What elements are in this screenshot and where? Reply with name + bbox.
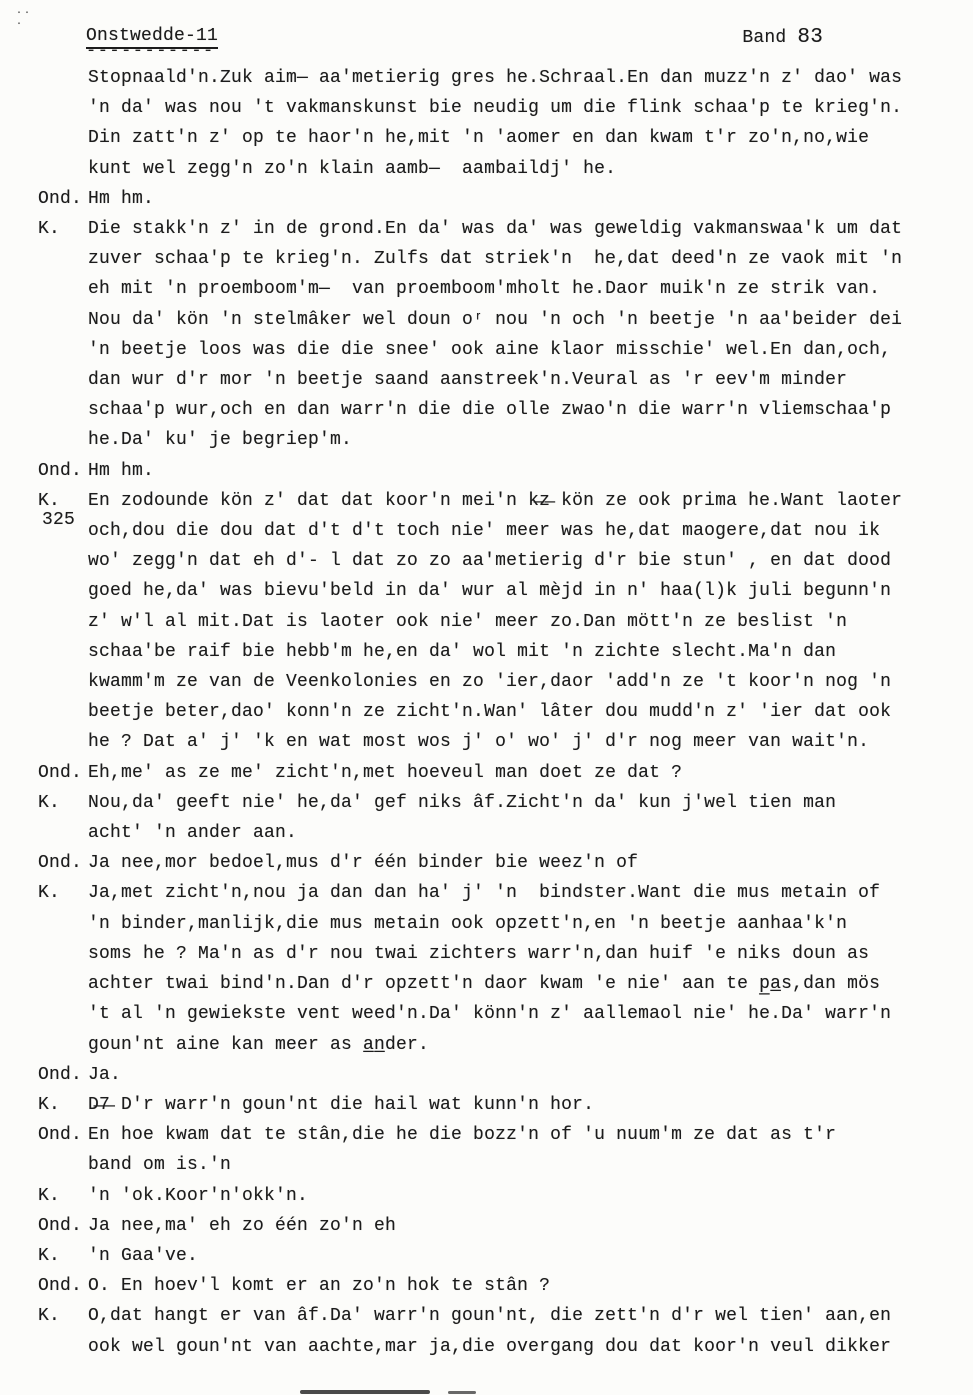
speaker-name: Ond. bbox=[38, 189, 82, 209]
transcript-line: eh mit 'n proemboom'm— van proemboom'mho… bbox=[88, 274, 973, 304]
dialogue-entry: Stopnaald'n.Zuk aim— aa'metierig gres he… bbox=[38, 63, 973, 184]
dialogue-entry: Ond.Hm hm. bbox=[38, 184, 973, 214]
transcript-line: acht' 'n ander aan. bbox=[88, 818, 973, 848]
transcript-line: Ja nee,mor bedoel,mus d'r één binder bie… bbox=[88, 848, 973, 878]
speaker-label: Ond. bbox=[38, 1271, 88, 1301]
transcript-line: ook wel goun'nt van aachte,mar ja,die ov… bbox=[88, 1332, 973, 1362]
transcript-line: D̶7̶ D'r warr'n goun'nt die hail wat kun… bbox=[88, 1090, 973, 1120]
speaker-label: Ond. bbox=[38, 1211, 88, 1241]
band-word: Band bbox=[742, 28, 786, 48]
entry-lines: En zodounde kön z' dat dat koor'n mei'n … bbox=[88, 486, 973, 758]
speaker-sub-number: 325 bbox=[42, 505, 88, 535]
scan-speck-top-left: ··· bbox=[16, 8, 32, 30]
dialogue-entry: Ond.Ja nee,mor bedoel,mus d'r één binder… bbox=[38, 848, 973, 878]
transcript-line: En hoe kwam dat te stân,die he die bozz'… bbox=[88, 1120, 973, 1150]
transcript-line: dan wur d'r mor 'n beetje saand aanstree… bbox=[88, 365, 973, 395]
entry-lines: Ja nee,ma' eh zo één zo'n eh bbox=[88, 1211, 973, 1241]
transcript-line: kunt wel zegg'n zo'n klain aamb— aambail… bbox=[88, 154, 973, 184]
transcript-line: 'n beetje loos was die die snee' ook ain… bbox=[88, 335, 973, 365]
speaker-name: K. bbox=[38, 1186, 60, 1206]
speaker-label: K. bbox=[38, 788, 88, 848]
dialogue-entry: Ond.En hoe kwam dat te stân,die he die b… bbox=[38, 1120, 973, 1180]
dialogue-entry: K.'n Gaa've. bbox=[38, 1241, 973, 1271]
speaker-name: K. bbox=[38, 793, 60, 813]
entry-lines: Eh,me' as ze me' zicht'n,met hoeveul man… bbox=[88, 758, 973, 788]
document-page: ··· Onstwedde-11 ----------- Band 83 Sto… bbox=[0, 0, 973, 1395]
transcript-line: goun'nt aine kan meer as a̲n̲der. bbox=[88, 1030, 973, 1060]
speaker-name: Ond. bbox=[38, 853, 82, 873]
transcript-line: schaa'p wur,och en dan warr'n die die ol… bbox=[88, 395, 973, 425]
transcript-line: 'n 'ok.Koor'n'okk'n. bbox=[88, 1181, 973, 1211]
dialogue-entry: Ond.O. En hoev'l komt er an zo'n hok te … bbox=[38, 1271, 973, 1301]
speaker-name: K. bbox=[38, 1095, 60, 1115]
band-label: Band 83 bbox=[742, 26, 823, 49]
transcript-line: Nou da' kön 'n stelmâker wel doun oʳ nou… bbox=[88, 305, 973, 335]
speaker-label: Ond. bbox=[38, 758, 88, 788]
transcript-line: O,dat hangt er van âf.Da' warr'n goun'nt… bbox=[88, 1301, 973, 1331]
speaker-name: Ond. bbox=[38, 1216, 82, 1236]
dialogue-entry: Ond.Hm hm. bbox=[38, 456, 973, 486]
transcript-line: kwamm'm ze van de Veenkolonies en zo 'ie… bbox=[88, 667, 973, 697]
speaker-name: Ond. bbox=[38, 763, 82, 783]
speaker-label: K. bbox=[38, 1181, 88, 1211]
speaker-name: K. bbox=[38, 883, 60, 903]
transcript-line: band om is.'n bbox=[88, 1150, 973, 1180]
entry-lines: D̶7̶ D'r warr'n goun'nt die hail wat kun… bbox=[88, 1090, 973, 1120]
dialogue-entry: K.O,dat hangt er van âf.Da' warr'n goun'… bbox=[38, 1301, 973, 1361]
transcript-line: Hm hm. bbox=[88, 456, 973, 486]
speaker-label: K. bbox=[38, 214, 88, 456]
transcript-line: 't al 'n gewiekste vent weed'n.Da' könn'… bbox=[88, 999, 973, 1029]
dialogue-entry: Ond.Ja. bbox=[38, 1060, 973, 1090]
transcript-line: 'n Gaa've. bbox=[88, 1241, 973, 1271]
transcript-line: he ? Dat a' j' 'k en wat most wos j' o' … bbox=[88, 727, 973, 757]
transcript-line: wo' zegg'n dat eh d'- l dat zo zo aa'met… bbox=[88, 546, 973, 576]
entry-lines: O,dat hangt er van âf.Da' warr'n goun'nt… bbox=[88, 1301, 973, 1361]
speaker-label: K.325 bbox=[38, 486, 88, 758]
entry-lines: Die stakk'n z' in de grond.En da' was da… bbox=[88, 214, 973, 456]
entry-lines: Stopnaald'n.Zuk aim— aa'metierig gres he… bbox=[88, 63, 973, 184]
scan-artifact-bottom bbox=[300, 1390, 430, 1394]
speaker-name: K. bbox=[38, 219, 60, 239]
entry-lines: 'n 'ok.Koor'n'okk'n. bbox=[88, 1181, 973, 1211]
transcript-line: achter twai bind'n.Dan d'r opzett'n daor… bbox=[88, 969, 973, 999]
transcript-line: beetje beter,dao' konn'n ze zicht'n.Wan'… bbox=[88, 697, 973, 727]
dialogue-entry: Ond.Ja nee,ma' eh zo één zo'n eh bbox=[38, 1211, 973, 1241]
entry-lines: Hm hm. bbox=[88, 184, 973, 214]
transcript-line: Ja nee,ma' eh zo één zo'n eh bbox=[88, 1211, 973, 1241]
dialogue-entry: Ond.Eh,me' as ze me' zicht'n,met hoeveul… bbox=[38, 758, 973, 788]
entry-lines: Ja. bbox=[88, 1060, 973, 1090]
transcript-line: goed he,da' was bievu'beld in da' wur al… bbox=[88, 576, 973, 606]
page-header: Onstwedde-11 ----------- Band 83 bbox=[0, 0, 973, 49]
band-number: 83 bbox=[797, 26, 823, 49]
transcript-line: Nou,da' geeft nie' he,da' gef niks âf.Zi… bbox=[88, 788, 973, 818]
transcript-line: Ja. bbox=[88, 1060, 973, 1090]
speaker-label: Ond. bbox=[38, 456, 88, 486]
dialogue-entry: K.Nou,da' geeft nie' he,da' gef niks âf.… bbox=[38, 788, 973, 848]
speaker-label: Ond. bbox=[38, 184, 88, 214]
dialogue-entry: K.325En zodounde kön z' dat dat koor'n m… bbox=[38, 486, 973, 758]
transcript-line: Eh,me' as ze me' zicht'n,met hoeveul man… bbox=[88, 758, 973, 788]
entry-lines: Nou,da' geeft nie' he,da' gef niks âf.Zi… bbox=[88, 788, 973, 848]
speaker-name: Ond. bbox=[38, 1065, 82, 1085]
entry-lines: Hm hm. bbox=[88, 456, 973, 486]
transcript-line: O. En hoev'l komt er an zo'n hok te stân… bbox=[88, 1271, 973, 1301]
speaker-name: Ond. bbox=[38, 1125, 82, 1145]
transcript-line: schaa'be raif bie hebb'm he,en da' wol m… bbox=[88, 637, 973, 667]
transcript-line: z' w'l al mit.Dat is laoter ook nie' mee… bbox=[88, 607, 973, 637]
title-dashes: ----------- bbox=[86, 47, 215, 57]
entry-lines: O. En hoev'l komt er an zo'n hok te stân… bbox=[88, 1271, 973, 1301]
transcript-line: Ja,met zicht'n,nou ja dan dan ha' j' 'n … bbox=[88, 878, 973, 908]
page-title-wrap: Onstwedde-11 ----------- bbox=[86, 26, 218, 49]
transcript-line: och,dou die dou dat d't d't toch nie' me… bbox=[88, 516, 973, 546]
speaker-label: Ond. bbox=[38, 1060, 88, 1090]
speaker-name: K. bbox=[38, 1246, 60, 1266]
transcript-line: 'n da' was nou 't vakmanskunst bie neudi… bbox=[88, 93, 973, 123]
speaker-label bbox=[38, 63, 88, 184]
dialogue-entry: K.'n 'ok.Koor'n'okk'n. bbox=[38, 1181, 973, 1211]
transcript-line: En zodounde kön z' dat dat koor'n mei'n … bbox=[88, 486, 973, 516]
speaker-name: Ond. bbox=[38, 461, 82, 481]
dialogue-entry: K.Die stakk'n z' in de grond.En da' was … bbox=[38, 214, 973, 456]
speaker-label: Ond. bbox=[38, 1120, 88, 1180]
entry-lines: 'n Gaa've. bbox=[88, 1241, 973, 1271]
speaker-label: K. bbox=[38, 1090, 88, 1120]
speaker-label: K. bbox=[38, 878, 88, 1059]
speaker-name: K. bbox=[38, 1306, 60, 1326]
speaker-label: K. bbox=[38, 1241, 88, 1271]
transcript-line: Din zatt'n z' op te haor'n he,mit 'n 'ao… bbox=[88, 123, 973, 153]
speaker-label: Ond. bbox=[38, 848, 88, 878]
transcript-line: Stopnaald'n.Zuk aim— aa'metierig gres he… bbox=[88, 63, 973, 93]
transcript-line: zuver schaa'p te krieg'n. Zulfs dat stri… bbox=[88, 244, 973, 274]
speaker-label: K. bbox=[38, 1301, 88, 1361]
transcript: Stopnaald'n.Zuk aim— aa'metierig gres he… bbox=[0, 49, 973, 1362]
speaker-name: Ond. bbox=[38, 1276, 82, 1296]
entry-lines: Ja,met zicht'n,nou ja dan dan ha' j' 'n … bbox=[88, 878, 973, 1059]
transcript-line: soms he ? Ma'n as d'r nou twai zichters … bbox=[88, 939, 973, 969]
transcript-line: Hm hm. bbox=[88, 184, 973, 214]
dialogue-entry: K.Ja,met zicht'n,nou ja dan dan ha' j' '… bbox=[38, 878, 973, 1059]
dialogue-entry: K.D̶7̶ D'r warr'n goun'nt die hail wat k… bbox=[38, 1090, 973, 1120]
entry-lines: En hoe kwam dat te stân,die he die bozz'… bbox=[88, 1120, 973, 1180]
transcript-line: 'n binder,manlijk,die mus metain ook opz… bbox=[88, 909, 973, 939]
transcript-line: Die stakk'n z' in de grond.En da' was da… bbox=[88, 214, 973, 244]
scan-artifact-bottom-2 bbox=[448, 1391, 476, 1394]
transcript-line: he.Da' ku' je begriep'm. bbox=[88, 425, 973, 455]
entry-lines: Ja nee,mor bedoel,mus d'r één binder bie… bbox=[88, 848, 973, 878]
